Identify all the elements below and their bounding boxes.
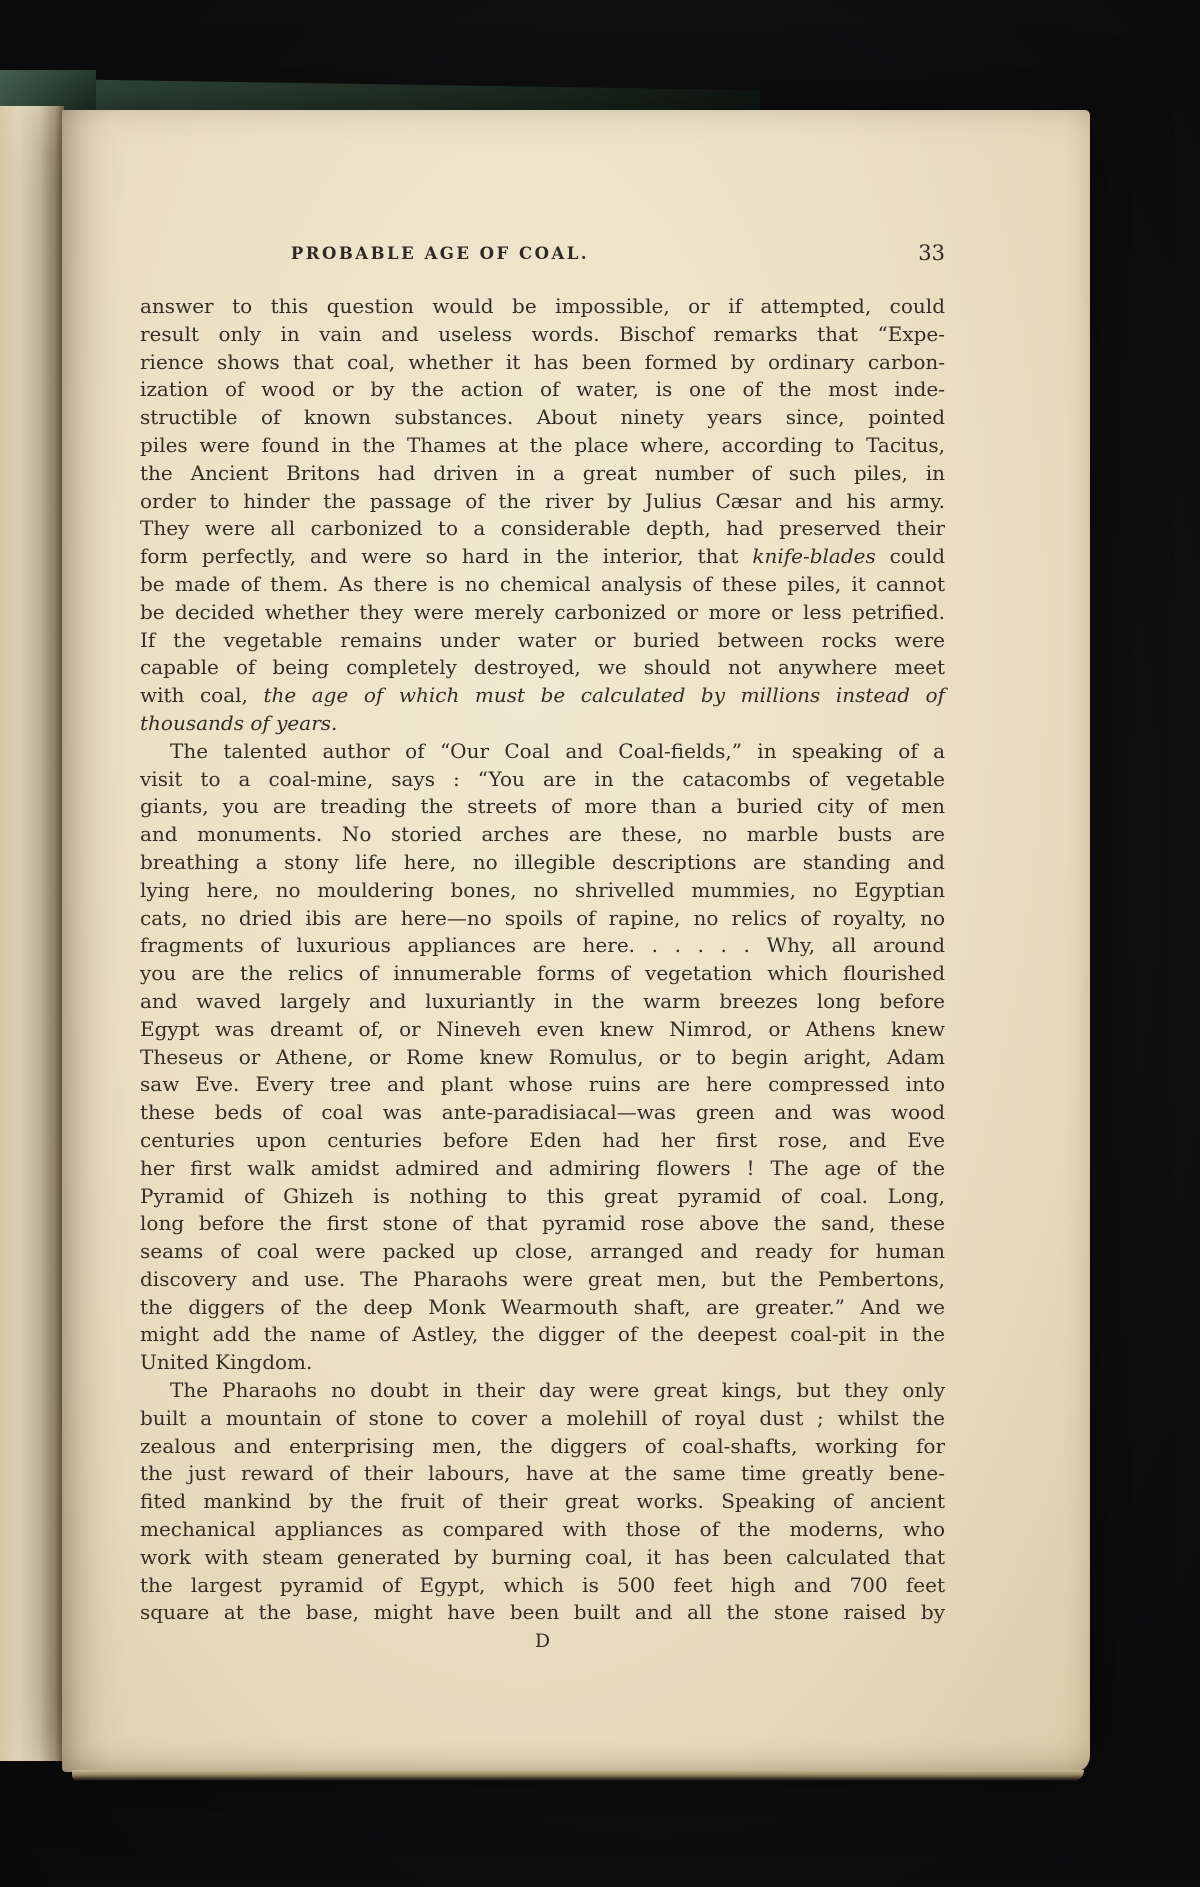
text-line: fragments of luxurious appliances are he… bbox=[140, 932, 945, 960]
body-text: zealous and enterprising men, the digger… bbox=[140, 1434, 945, 1458]
body-text: lying here, no mouldering bones, no shri… bbox=[140, 878, 945, 902]
body-text: her first walk amidst admired and admiri… bbox=[140, 1156, 945, 1180]
signature-mark: D bbox=[140, 1630, 945, 1652]
body-text: structible of known substances. About ni… bbox=[140, 405, 945, 429]
body-text: mechanical appliances as compared with t… bbox=[140, 1517, 945, 1541]
body-text: Egypt was dreamt of, or Nineveh even kne… bbox=[140, 1017, 945, 1041]
text-line: mechanical appliances as compared with t… bbox=[140, 1516, 945, 1544]
text-line: cats, no dried ibis are here—no spoils o… bbox=[140, 905, 945, 933]
page-stack-bottom-edge bbox=[72, 1770, 1084, 1781]
body-text: visit to a coal-mine, says : “You are in… bbox=[140, 767, 945, 791]
body-text: the diggers of the deep Monk Wearmouth s… bbox=[140, 1295, 945, 1319]
body-text: work with steam generated by burning coa… bbox=[140, 1545, 945, 1569]
body-text: ization of wood or by the action of wate… bbox=[140, 377, 945, 401]
running-header-title: PROBABLE AGE OF COAL. bbox=[291, 244, 589, 263]
page-number: 33 bbox=[918, 241, 945, 265]
body-text: breathing a stony life here, no illegibl… bbox=[140, 850, 945, 874]
body-text: you are the relics of innumerable forms … bbox=[140, 961, 945, 985]
body-text: form perfectly, and were so hard in the … bbox=[140, 544, 752, 568]
body-text: If the vegetable remains under water or … bbox=[140, 628, 945, 652]
text-line: United Kingdom. bbox=[140, 1349, 945, 1377]
text-line: her first walk amidst admired and admiri… bbox=[140, 1155, 945, 1183]
body-text: piles were found in the Thames at the pl… bbox=[140, 433, 945, 457]
body-text: centuries upon centuries before Eden had… bbox=[140, 1128, 945, 1152]
text-line: breathing a stony life here, no illegibl… bbox=[140, 849, 945, 877]
body-text: order to hinder the passage of the river… bbox=[140, 489, 945, 513]
text-line: discovery and use. The Pharaohs were gre… bbox=[140, 1266, 945, 1294]
text-line: piles were found in the Thames at the pl… bbox=[140, 432, 945, 460]
text-line: these beds of coal was ante-paradisiacal… bbox=[140, 1099, 945, 1127]
text-line: lying here, no mouldering bones, no shri… bbox=[140, 877, 945, 905]
text-line: form perfectly, and were so hard in the … bbox=[140, 543, 945, 571]
body-text: these beds of coal was ante-paradisiacal… bbox=[140, 1100, 945, 1124]
body-text: square at the base, might have been buil… bbox=[140, 1600, 945, 1624]
text-line: saw Eve. Every tree and plant whose ruin… bbox=[140, 1071, 945, 1099]
text-line: structible of known substances. About ni… bbox=[140, 404, 945, 432]
text-line: built a mountain of stone to cover a mol… bbox=[140, 1405, 945, 1433]
body-text: the Ancient Britons had driven in a grea… bbox=[140, 461, 945, 485]
facing-page-edge bbox=[0, 106, 64, 1761]
text-line: Theseus or Athene, or Rome knew Romulus,… bbox=[140, 1044, 945, 1072]
body-text: The talented author of “Our Coal and Coa… bbox=[170, 739, 945, 763]
text-line: capable of being completely destroyed, w… bbox=[140, 654, 945, 682]
page-text: answer to this question would be impossi… bbox=[140, 293, 945, 1627]
body-text: Theseus or Athene, or Rome knew Romulus,… bbox=[140, 1045, 945, 1069]
body-text: be made of them. As there is no chemical… bbox=[140, 572, 945, 596]
text-line: might add the name of Astley, the digger… bbox=[140, 1321, 945, 1349]
body-text: rience shows that coal, whether it has b… bbox=[140, 350, 945, 374]
text-line: The Pharaohs no doubt in their day were … bbox=[140, 1377, 945, 1405]
text-line: long before the first stone of that pyra… bbox=[140, 1210, 945, 1238]
body-text: and monuments. No storied arches are the… bbox=[140, 822, 945, 846]
page-content: PROBABLE AGE OF COAL. 33 answer to this … bbox=[62, 110, 1090, 1652]
italic-text: knife-blades bbox=[752, 544, 875, 568]
text-line: answer to this question would be impossi… bbox=[140, 293, 945, 321]
paragraph: answer to this question would be impossi… bbox=[140, 293, 945, 738]
body-text: be decided whether they were merely carb… bbox=[140, 600, 945, 624]
text-line: the diggers of the deep Monk Wearmouth s… bbox=[140, 1294, 945, 1322]
paragraph: The Pharaohs no doubt in their day were … bbox=[140, 1377, 945, 1627]
text-line: seams of coal were packed up close, arra… bbox=[140, 1238, 945, 1266]
body-text: They were all carbonized to a considerab… bbox=[140, 516, 945, 540]
text-line: work with steam generated by burning coa… bbox=[140, 1544, 945, 1572]
body-text: the largest pyramid of Egypt, which is 5… bbox=[140, 1573, 945, 1597]
text-line: and monuments. No storied arches are the… bbox=[140, 821, 945, 849]
text-line: giants, you are treading the streets of … bbox=[140, 793, 945, 821]
text-line: square at the base, might have been buil… bbox=[140, 1599, 945, 1627]
body-text: built a mountain of stone to cover a mol… bbox=[140, 1406, 945, 1430]
body-text: cats, no dried ibis are here—no spoils o… bbox=[140, 906, 945, 930]
text-line: If the vegetable remains under water or … bbox=[140, 627, 945, 655]
text-line: and waved largely and luxuriantly in the… bbox=[140, 988, 945, 1016]
text-line: centuries upon centuries before Eden had… bbox=[140, 1127, 945, 1155]
text-line: thousands of years. bbox=[140, 710, 945, 738]
text-line: zealous and enterprising men, the digger… bbox=[140, 1433, 945, 1461]
running-header: PROBABLE AGE OF COAL. 33 bbox=[140, 244, 945, 270]
italic-text: thousands of years. bbox=[140, 711, 337, 735]
text-line: fited mankind by the fruit of their grea… bbox=[140, 1488, 945, 1516]
text-line: They were all carbonized to a considerab… bbox=[140, 515, 945, 543]
text-line: visit to a coal-mine, says : “You are in… bbox=[140, 766, 945, 794]
text-line: with coal, the age of which must be calc… bbox=[140, 682, 945, 710]
body-text: fragments of luxurious appliances are he… bbox=[140, 933, 945, 957]
body-text: saw Eve. Every tree and plant whose ruin… bbox=[140, 1072, 945, 1096]
text-line: rience shows that coal, whether it has b… bbox=[140, 349, 945, 377]
body-text: fited mankind by the fruit of their grea… bbox=[140, 1489, 945, 1513]
body-text: result only in vain and useless words. B… bbox=[140, 322, 945, 346]
body-text: the just reward of their labours, have a… bbox=[140, 1461, 945, 1485]
body-text: giants, you are treading the streets of … bbox=[140, 794, 945, 818]
text-line: the just reward of their labours, have a… bbox=[140, 1460, 945, 1488]
body-text: could bbox=[876, 544, 945, 568]
body-text: seams of coal were packed up close, arra… bbox=[140, 1239, 945, 1263]
book-page: PROBABLE AGE OF COAL. 33 answer to this … bbox=[62, 110, 1090, 1772]
text-line: Pyramid of Ghizeh is nothing to this gre… bbox=[140, 1183, 945, 1211]
text-line: Egypt was dreamt of, or Nineveh even kne… bbox=[140, 1016, 945, 1044]
text-line: ization of wood or by the action of wate… bbox=[140, 376, 945, 404]
body-text: and waved largely and luxuriantly in the… bbox=[140, 989, 945, 1013]
paragraph: The talented author of “Our Coal and Coa… bbox=[140, 738, 945, 1377]
body-text: answer to this question would be impossi… bbox=[140, 294, 945, 318]
text-line: the Ancient Britons had driven in a grea… bbox=[140, 460, 945, 488]
text-line: the largest pyramid of Egypt, which is 5… bbox=[140, 1572, 945, 1600]
text-line: be decided whether they were merely carb… bbox=[140, 599, 945, 627]
body-text: discovery and use. The Pharaohs were gre… bbox=[140, 1267, 945, 1291]
body-text: capable of being completely destroyed, w… bbox=[140, 655, 945, 679]
text-line: be made of them. As there is no chemical… bbox=[140, 571, 945, 599]
body-text: United Kingdom. bbox=[140, 1350, 312, 1374]
italic-text: the age of which must be calculated by m… bbox=[263, 683, 945, 707]
body-text: might add the name of Astley, the digger… bbox=[140, 1322, 945, 1346]
text-line: result only in vain and useless words. B… bbox=[140, 321, 945, 349]
body-text: long before the first stone of that pyra… bbox=[140, 1211, 945, 1235]
body-text: The Pharaohs no doubt in their day were … bbox=[170, 1378, 945, 1402]
text-line: The talented author of “Our Coal and Coa… bbox=[140, 738, 945, 766]
body-text: with coal, bbox=[140, 683, 263, 707]
text-line: you are the relics of innumerable forms … bbox=[140, 960, 945, 988]
text-line: order to hinder the passage of the river… bbox=[140, 488, 945, 516]
body-text: Pyramid of Ghizeh is nothing to this gre… bbox=[140, 1184, 945, 1208]
